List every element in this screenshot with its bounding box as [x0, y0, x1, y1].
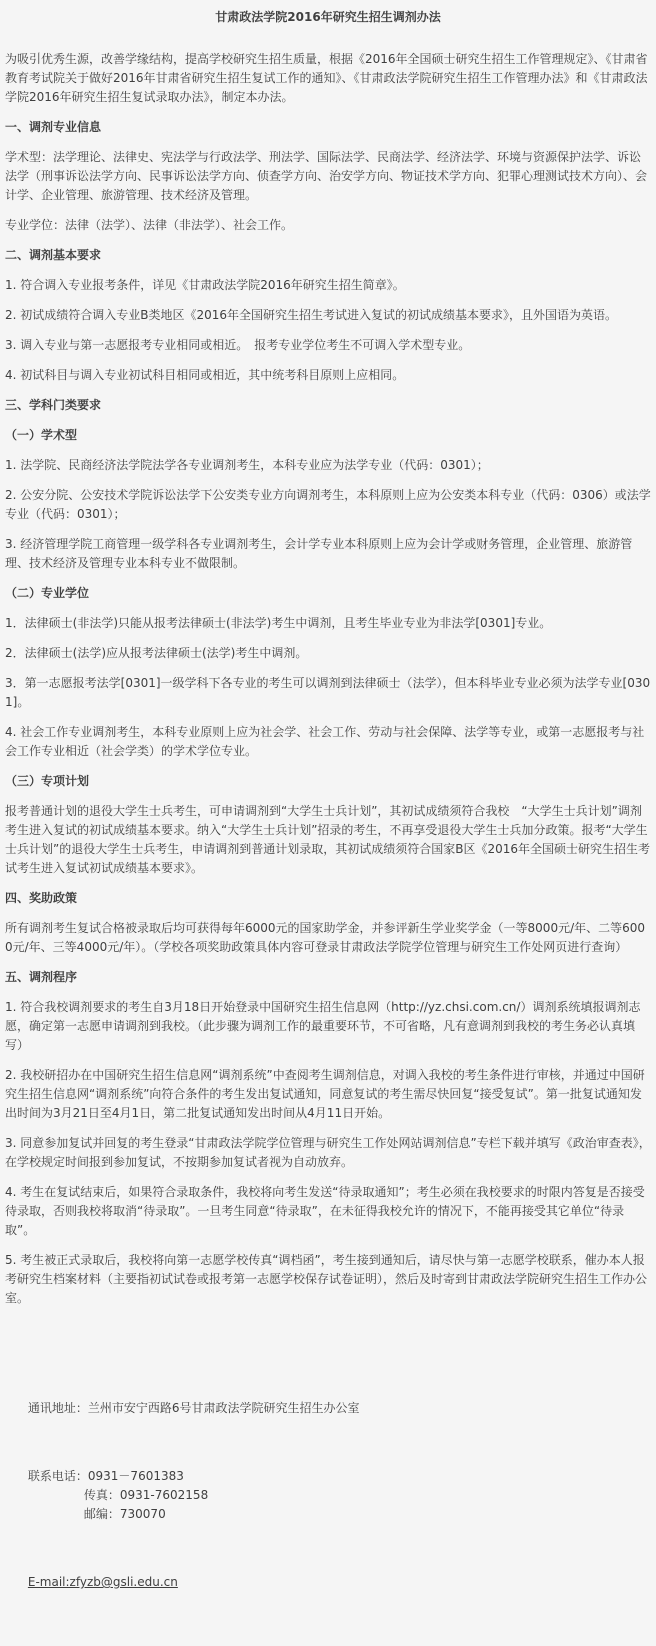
- page-title: 甘肃政法学院2016年研究生招生调剂办法: [5, 8, 651, 27]
- contact-fax: 传真：0931-7602158: [84, 1488, 208, 1502]
- subsection-heading-academic-type: （一）学术型: [5, 426, 651, 445]
- paragraph-special-plan: 报考普通计划的退役大学生士兵考生，可申请调剂到“大学生士兵计划”，其初试成绩须符…: [5, 802, 651, 878]
- contact-phone-line: 联系电话：0931－7601383 传真：0931-7602158 邮编：730…: [5, 1448, 651, 1543]
- paragraph-requirement-4: 4. 初试科目与调入专业初试科目相同或相近，其中统考科目原则上应相同。: [5, 366, 651, 385]
- paragraph-procedure-1: 1. 符合我校调剂要求的考生自3月18日开始登录中国研究生招生信息网（http:…: [5, 998, 651, 1055]
- section-heading-adjustment-procedure: 五、调剂程序: [5, 968, 651, 987]
- subsection-heading-professional-degree: （二）专业学位: [5, 584, 651, 603]
- contact-section: 通讯地址：兰州市安宁西路6号甘肃政法学院研究生招生办公室 联系电话：0931－7…: [5, 1380, 651, 1611]
- paragraph-professional-rule-3: 3．第一志愿报考法学[0301]一级学科下各专业的考生可以调剂到法律硕士（法学）…: [5, 674, 651, 712]
- paragraph-professional-degrees: 专业学位：法律（法学）、法律（非法学）、社会工作。: [5, 216, 651, 235]
- section-heading-discipline-requirements: 三、学科门类要求: [5, 396, 651, 415]
- contact-postcode: 邮编：730070: [84, 1507, 166, 1521]
- paragraph-procedure-3: 3. 同意参加复试并回复的考生登录“甘肃政法学院学位管理与研究生工作处网站调剂信…: [5, 1134, 651, 1172]
- paragraph-professional-rule-2: 2．法律硕士(法学)应从报考法律硕士(法学)考生中调剂。: [5, 644, 651, 663]
- paragraph-requirement-2: 2. 初试成绩符合调入专业B类地区《2016年全国研究生招生考试进入复试的初试成…: [5, 306, 651, 325]
- paragraph-academic-rule-2: 2. 公安分院、公安技术学院诉讼法学下公安类专业方向调剂考生，本科原则上应为公安…: [5, 486, 651, 524]
- section-heading-scholarship-policy: 四、奖助政策: [5, 889, 651, 908]
- section-heading-basic-requirements: 二、调剂基本要求: [5, 246, 651, 265]
- paragraph-academic-rule-1: 1. 法学院、民商经济法学院法学各专业调剂考生，本科专业应为法学专业（代码：03…: [5, 456, 651, 475]
- paragraph-professional-rule-4: 4. 社会工作专业调剂考生，本科专业原则上应为社会学、社会工作、劳动与社会保障、…: [5, 723, 651, 761]
- paragraph-procedure-2: 2. 我校研招办在中国研究生招生信息网“调剂系统”中查阅考生调剂信息，对调入我校…: [5, 1066, 651, 1123]
- contact-address: 通讯地址：兰州市安宁西路6号甘肃政法学院研究生招生办公室: [28, 1401, 360, 1415]
- document-body: 为吸引优秀生源，改善学缘结构，提高学校研究生招生质量，根据《2016年全国硕士研…: [5, 50, 651, 1308]
- intro-paragraph: 为吸引优秀生源，改善学缘结构，提高学校研究生招生质量，根据《2016年全国硕士研…: [5, 50, 651, 107]
- paragraph-procedure-5: 5. 考生被正式录取后，我校将向第一志愿学校传真“调档函”，考生接到通知后，请尽…: [5, 1251, 651, 1308]
- paragraph-procedure-4: 4. 考生在复试结束后，如果符合录取条件，我校将向考生发送“待录取通知”；考生必…: [5, 1183, 651, 1240]
- contact-phone: 联系电话：0931－7601383: [28, 1469, 184, 1483]
- document: 甘肃政法学院2016年研究生招生调剂办法 为吸引优秀生源，改善学缘结构，提高学校…: [0, 0, 656, 1646]
- paragraph-academic-rule-3: 3. 经济管理学院工商管理一级学科各专业调剂考生，会计学专业本科原则上应为会计学…: [5, 535, 651, 573]
- document-page: { "document": { "colors": { "background"…: [0, 0, 656, 1646]
- contact-email-line: E-mail:zfyzb@gsli.edu.cn: [5, 1554, 651, 1611]
- section-heading-adjustment-major-info: 一、调剂专业信息: [5, 118, 651, 137]
- paragraph-requirement-1: 1. 符合调入专业报考条件，详见《甘肃政法学院2016年研究生招生简章》。: [5, 276, 651, 295]
- paragraph-professional-rule-1: 1．法律硕士(非法学)只能从报考法律硕士(非法学)考生中调剂，且考生毕业专业为非…: [5, 614, 651, 633]
- paragraph-scholarship: 所有调剂考生复试合格被录取后均可获得每年6000元的国家助学金，并参评新生学业奖…: [5, 919, 651, 957]
- email-link[interactable]: E-mail:zfyzb@gsli.edu.cn: [28, 1575, 178, 1589]
- contact-address-line: 通讯地址：兰州市安宁西路6号甘肃政法学院研究生招生办公室: [5, 1380, 651, 1437]
- paragraph-academic-majors: 学术型：法学理论、法律史、宪法学与行政法学、刑法学、国际法学、民商法学、经济法学…: [5, 148, 651, 205]
- spacer: [5, 1319, 651, 1369]
- paragraph-requirement-3: 3. 调入专业与第一志愿报考专业相同或相近。 报考专业学位考生不可调入学术型专业…: [5, 336, 651, 355]
- subsection-heading-special-plan: （三）专项计划: [5, 772, 651, 791]
